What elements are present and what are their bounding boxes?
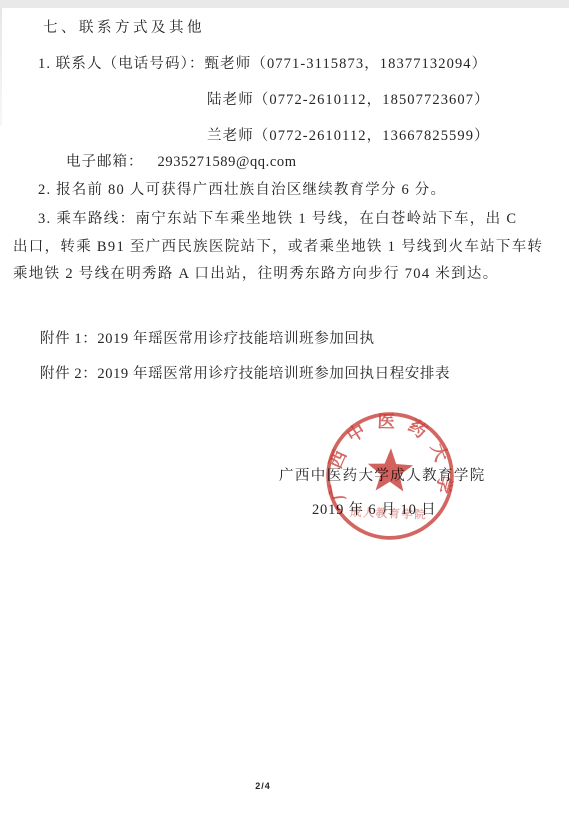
contact-person-line: 1. 联系人（电话号码）：甄老师（0771-3115873，1837713209…	[38, 54, 487, 74]
item-credits: 2. 报名前 80 人可获得广西壮族自治区继续教育学分 6 分。	[38, 180, 446, 200]
section-title: 七、联系方式及其他	[43, 18, 205, 38]
seal-inner-text: 成人教育学院	[350, 505, 428, 522]
attachment-1: 附件 1：2019 年瑶医常用诊疗技能培训班参加回执	[40, 329, 375, 349]
scan-top-edge	[0, 0, 569, 8]
document-page: 七、联系方式及其他 1. 联系人（电话号码）：甄老师（0771-3115873，…	[0, 0, 569, 832]
item-route-line-1: 3. 乘车路线：南宁东站下车乘坐地铁 1 号线，在白苍岭站下车，出 C	[38, 209, 517, 229]
teacher-line-lan: 兰老师（0772-2610112，13667825599）	[207, 126, 490, 146]
official-seal-stamp: 广西中医药大学 成人教育学院	[322, 408, 459, 545]
page-number: 2/4	[248, 776, 278, 796]
scan-left-edge	[0, 8, 2, 126]
item-route-line-2: 出口，转乘 B91 至广西民族医院站下，或者乘坐地铁 1 号线到火车站下车转	[13, 237, 543, 257]
item-route-line-3: 乘地铁 2 号线在明秀路 A 口出站，往明秀东路方向步行 704 米到达。	[13, 264, 499, 284]
email-address: 2935271589@qq.com	[158, 154, 297, 170]
email-line: 电子邮箱：2935271589@qq.com	[66, 152, 297, 172]
email-label: 电子邮箱：	[66, 154, 144, 170]
seal-star-icon	[367, 447, 414, 491]
attachment-2: 附件 2：2019 年瑶医常用诊疗技能培训班参加回执日程安排表	[40, 364, 450, 384]
teacher-line-lu: 陆老师（0772-2610112，18507723607）	[207, 90, 490, 110]
